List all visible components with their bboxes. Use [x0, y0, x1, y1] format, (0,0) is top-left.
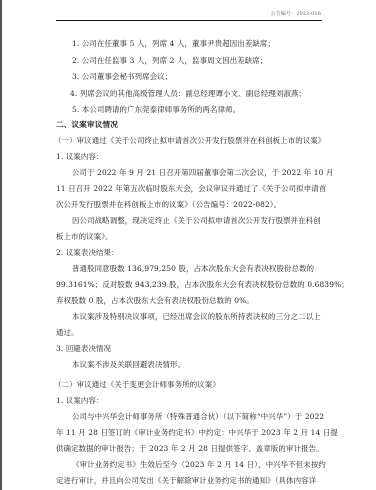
motion1-special-line: 本议案涉及特别决议事项，已经出席会议的股东所持表决权的三分之二以上 — [72, 312, 338, 322]
attendance-item: 2. 公司在任监事 3 人，列席 2 人，监事周文因出差缺席； — [72, 56, 338, 66]
motion1-special-line: 通过。 — [56, 328, 322, 338]
section-heading: 二、议案审议情况 — [56, 120, 322, 130]
motion1-content-line: 公司于 2022 年 9 月 21 日召开第四届董事会第二次会议，于 2022 … — [72, 168, 322, 178]
motion1-title: （一）审议通过《关于公司终止拟申请首次公开发行股票并在科创板上市的议案》 — [54, 136, 320, 146]
motion1-reason-line: 因公司战略调整，现决定终止《关于公司拟申请首次公开发行股票并在科创 — [72, 216, 338, 226]
motion2-content-line: 《审计业务约定书》生效后至今（2023 年 2 月 14 日），中兴华不但未按约 — [72, 460, 338, 470]
attendance-item: 5. 本公司聘请的广东莞泰律师事务所的两名律师。 — [72, 105, 338, 115]
attendance-item: 1. 公司在任董事 5 人，列席 4 人，董事尹贵超因出差缺席； — [72, 39, 338, 49]
announcement-number: 公告编号：2023-016 — [271, 10, 321, 17]
document-page: 公告编号：2023-016 1. 公司在任董事 5 人，列席 4 人，董事尹贵超… — [0, 0, 376, 490]
motion2-content-line: 供确定数据的审计报告；于 2023 年 2 月 28 日提供签字、盖章版的审计报… — [56, 444, 322, 454]
motion2-content-label: 1. 议案内容： — [56, 396, 322, 406]
motion1-result-label: 2. 议案表决结果： — [56, 248, 322, 258]
motion2-content-line: 公司与中兴华会计师事务所（特殊普通合伙）（以下简称“中兴华”）于 2022 — [72, 412, 338, 422]
motion1-avoid-text: 本议案不涉及关联回避表决情形。 — [72, 360, 338, 370]
motion1-content-line: 11 日召开 2022 年第五次临时股东大会，会议审议并通过了《关于公司拟申请首 — [56, 184, 322, 194]
motion1-avoid-label: 3. 回避表决情况 — [56, 344, 322, 354]
motion2-content-line: 年 11 月 28 日签订的《审计业务约定书》中约定：中兴华于 2023 年 2… — [56, 428, 322, 438]
header-rule — [56, 20, 322, 21]
attendance-item: 4. 列席会议的其他高级管理人员：副总经理谭小文、副总经理刘淑燕； — [70, 89, 336, 99]
motion2-title: （二）审议通过《关于变更会计师事务所的议案》 — [54, 380, 320, 390]
motion1-result-line: 弃权股数 0 股，占本次股东大会有表决权股份总数的 0%。 — [56, 296, 322, 306]
motion1-result-line: 99.3161%；反对股数 943,239 股，占本次股东大会有表决权股份总数的… — [56, 280, 322, 290]
motion1-reason-line: 板上市的议案》。 — [56, 232, 322, 242]
motion2-content-line: 定进行审计，并且向公司发出《关于解除审计业务约定书的通知》（具体内容详 — [56, 476, 322, 486]
motion1-result-line: 普通股同意股数 136,979,250 股，占本次股东大会有表决权股份总数的 — [72, 264, 338, 274]
motion1-content-line: 次公开发行股票并在科创板上市的议案》（公告编号：2022-082）。 — [56, 200, 322, 210]
motion1-content-label: 1. 议案内容： — [56, 152, 322, 162]
attendance-item: 3. 公司董事会秘书列席会议； — [72, 72, 338, 82]
